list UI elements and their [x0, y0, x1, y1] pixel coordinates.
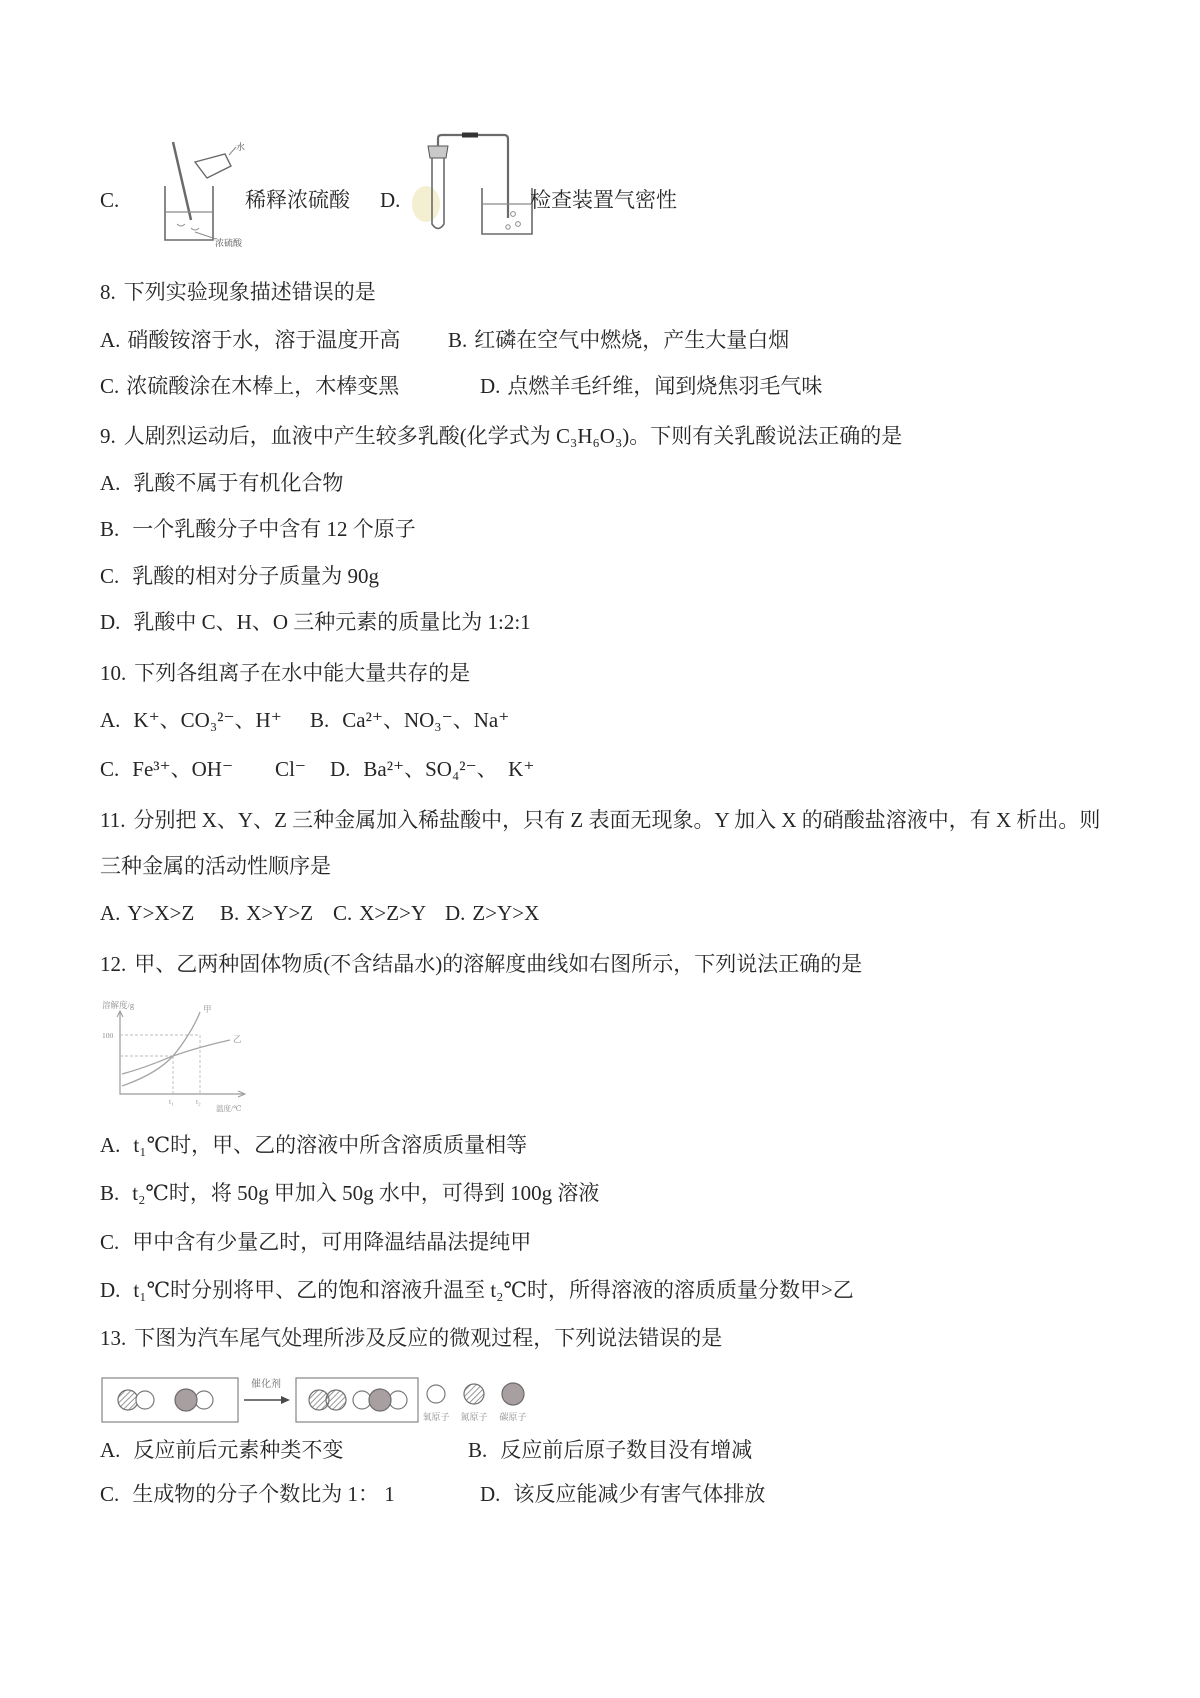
question-number: 9.: [100, 424, 116, 448]
question-13-stem: 13.下图为汽车尾气处理所涉及反应的微观过程，下列说法错误的是: [100, 1326, 722, 1350]
option-a: A.K⁺、CO₃²⁻、H⁺: [100, 708, 310, 732]
q12-option-b: B.t₂℃时，将 50g 甲加入 50g 水中，可得到 100g 溶液: [100, 1181, 599, 1205]
question-12-stem: 12.甲、乙两种固体物质(不含结晶水)的溶解度曲线如右图所示，下列说法正确的是: [100, 952, 862, 976]
q9-option-a: A.乳酸不属于有机化合物: [100, 471, 343, 495]
question-number: 10.: [100, 661, 126, 685]
option-b: B.反应前后原子数目没有增减: [468, 1438, 752, 1462]
airtightness-apparatus-figure: [410, 132, 542, 244]
oxygen-atom-icon: [389, 1391, 407, 1409]
reaction-micro-diagram-figure: 催化剂 氧原子 氮原子 碳原子: [100, 1370, 548, 1434]
option-a: A.反应前后元素种类不变: [100, 1438, 468, 1462]
question-stem-text: 甲、乙两种固体物质(不含结晶水)的溶解度曲线如右图所示，下列说法正确的是: [134, 952, 862, 976]
catalyst-arrow-label: 催化剂: [251, 1377, 281, 1390]
pouring-vessel-icon: [195, 154, 231, 178]
curve-yi: [122, 1040, 230, 1074]
nitrogen-atom-icon: [118, 1390, 138, 1410]
q8-option-row-ab: A.硝酸铵溶于水，溶于温度开高 B.红磷在空气中燃烧，产生大量白烟: [100, 328, 789, 352]
question-stem-text: 下列各组离子在水中能大量共存的是: [134, 661, 470, 685]
question-stem-text: 下列实验现象描述错误的是: [124, 280, 376, 304]
bubble-icon: [506, 225, 510, 229]
delivery-tube-icon: [438, 135, 508, 218]
y-tick-100: 100: [102, 1031, 114, 1040]
q9-option-d: D.乳酸中 C、H、O 三种元素的质量比为 1:2:1: [100, 610, 531, 634]
bubble-icon: [516, 222, 521, 227]
option-b: B.Ca²⁺、NO₃⁻、Na⁺: [310, 708, 509, 732]
q11-option-row: A.Y>X>Z B.X>Y>Z C.X>Z>Y D.Z>Y>X: [100, 901, 539, 925]
question-8-stem: 8.下列实验现象描述错误的是: [100, 280, 376, 304]
bubble-icon: [511, 212, 516, 217]
curve-jia-label: 甲: [203, 1004, 212, 1014]
question-number: 13.: [100, 1326, 126, 1350]
option-d: D.Z>Y>X: [445, 901, 539, 925]
option-c: C.浓硫酸涂在木棒上，木棒变黑: [100, 374, 480, 398]
carbon-legend-label: 碳原子: [499, 1411, 526, 1422]
carbon-atom-icon: [175, 1389, 197, 1411]
nitrogen-legend-icon: [464, 1384, 484, 1404]
oxygen-legend-icon: [427, 1385, 445, 1403]
curve-yi-label: 乙: [233, 1034, 242, 1044]
q13-option-row-ab: A.反应前后元素种类不变 B.反应前后原子数目没有增减: [100, 1438, 752, 1462]
question-11-stem-line1: 11.分别把 X、Y、Z 三种金属加入稀盐酸中，只有 Z 表面无现象。Y 加入 …: [100, 808, 1100, 832]
oxygen-atom-icon: [195, 1391, 213, 1409]
q10-option-row-cd: C.Fe³⁺、OH⁻ Cl⁻ D.Ba²⁺、SO₄²⁻、 K⁺: [100, 757, 534, 781]
question-number: 11.: [100, 808, 125, 832]
q13-option-row-cd: C.生成物的分子个数比为 1： 1 D.该反应能减少有害气体排放: [100, 1482, 765, 1506]
carbon-atom-icon: [369, 1389, 391, 1411]
q12-option-c: C.甲中含有少量乙时，可用降温结晶法提纯甲: [100, 1230, 531, 1254]
prev-option-d-caption: 检查装置气密性: [530, 188, 677, 212]
stirring-rod-icon: [173, 142, 191, 220]
question-stem-text: 分别把 X、Y、Z 三种金属加入稀盐酸中，只有 Z 表面无现象。Y 加入 X 的…: [133, 808, 1100, 832]
stopper-icon: [428, 146, 448, 158]
option-d: D.Ba²⁺、SO₄²⁻、 K⁺: [330, 757, 534, 781]
exam-page: C. 水 浓硫酸 稀释浓硫酸 D. 检查装置气密性 8.下列实验现象描述错误的是…: [0, 0, 1200, 1698]
question-10-stem: 10.下列各组离子在水中能大量共存的是: [100, 661, 470, 685]
q12-option-a: A.t₁℃时，甲、乙的溶液中所含溶质质量相等: [100, 1133, 527, 1157]
question-stem-text: 下图为汽车尾气处理所涉及反应的微观过程，下列说法错误的是: [134, 1326, 722, 1350]
option-b: B.X>Y>Z: [220, 901, 333, 925]
q8-option-row-cd: C.浓硫酸涂在木棒上，木棒变黑 D.点燃羊毛纤维，闻到烧焦羽毛气味: [100, 374, 822, 398]
nitrogen-atom-icon: [326, 1390, 346, 1410]
oxygen-atom-icon: [353, 1391, 371, 1409]
option-c: C.Fe³⁺、OH⁻ Cl⁻: [100, 757, 330, 781]
oxygen-atom-icon: [136, 1391, 154, 1409]
q12-option-d: D.t₁℃时分别将甲、乙的饱和溶液升温至 t₂℃时，所得溶液的溶质质量分数甲>乙: [100, 1278, 854, 1302]
prev-option-c-letter: C.: [100, 188, 119, 212]
question-number: 8.: [100, 280, 116, 304]
water-label: 水: [236, 141, 245, 152]
curve-jia: [122, 1012, 200, 1086]
y-axis-label: 溶解度/g: [102, 1000, 135, 1010]
carbon-legend-icon: [502, 1383, 524, 1405]
option-d: D.点燃羊毛纤维，闻到烧焦羽毛气味: [480, 374, 822, 398]
q9-option-c: C.乳酸的相对分子质量为 90g: [100, 564, 379, 588]
acid-label: 浓硫酸: [215, 237, 243, 248]
solubility-curve-figure: 溶解度/g 100 甲 乙 t₁ t₂ 温度/℃: [100, 998, 252, 1116]
option-a: A.硝酸铵溶于水，溶于温度开高: [100, 328, 448, 352]
nitrogen-legend-label: 氮原子: [460, 1411, 487, 1422]
question-11-stem-line2: 三种金属的活动性顺序是: [100, 854, 331, 878]
option-b: B.红磷在空气中燃烧，产生大量白烟: [448, 328, 789, 352]
x-axis-label: 温度/℃: [216, 1103, 241, 1113]
question-number: 12.: [100, 952, 126, 976]
prev-option-c-caption: 稀释浓硫酸: [245, 188, 350, 212]
option-a: A.Y>X>Z: [100, 901, 220, 925]
option-c: C.X>Z>Y: [333, 901, 445, 925]
question-9-stem: 9.人剧烈运动后，血液中产生较多乳酸(化学式为 C₃H₆O₃)。下则有关乳酸说法…: [100, 424, 902, 448]
oxygen-legend-label: 氧原子: [422, 1411, 449, 1422]
option-d: D.该反应能减少有害气体排放: [480, 1482, 765, 1506]
hand-warming-icon: [412, 186, 440, 222]
x-tick-t2: t₂: [196, 1097, 201, 1106]
prev-option-d-letter: D.: [380, 188, 400, 212]
q9-option-b: B.一个乳酸分子中含有 12 个原子: [100, 517, 416, 541]
dilution-apparatus-figure: 水 浓硫酸: [133, 140, 245, 248]
q10-option-row-ab: A.K⁺、CO₃²⁻、H⁺ B.Ca²⁺、NO₃⁻、Na⁺: [100, 708, 509, 732]
option-c: C.生成物的分子个数比为 1： 1: [100, 1482, 480, 1506]
x-tick-t1: t₁: [169, 1097, 174, 1106]
question-stem-text: 三种金属的活动性顺序是: [100, 854, 331, 878]
question-stem-text: 人剧烈运动后，血液中产生较多乳酸(化学式为 C₃H₆O₃)。下则有关乳酸说法正确…: [124, 424, 903, 448]
